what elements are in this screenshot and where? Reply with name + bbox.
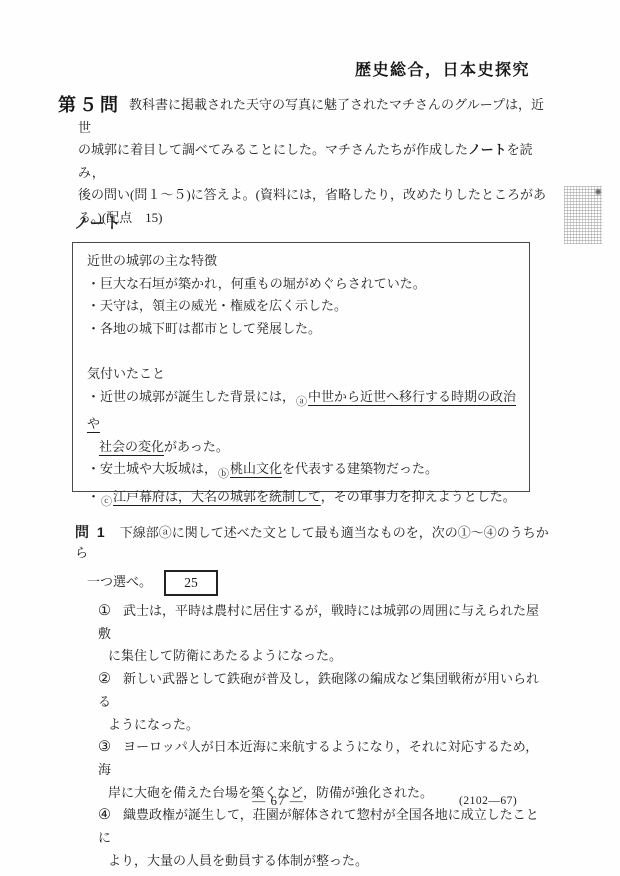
option-2-line1: ②新しい武器として鉄砲が普及し，鉄砲隊の編成など集団戦術が用いられる: [98, 668, 550, 713]
question1-prompt-cont: 一つ選べ。: [87, 574, 152, 589]
note-findings-heading: 気付いたこと: [87, 363, 519, 386]
option-2-text-cont: ようになった。: [108, 714, 550, 737]
option-4-text-cont: より，大量の人員を動員する体制が整った。: [108, 850, 550, 873]
option-1: ①武士は，平時は農村に居住するが，戦時には城郭の周囲に与えられた屋敷 に集住して…: [98, 600, 550, 668]
scan-smudge-artifact: [564, 186, 602, 244]
option-1-text-cont: に集住して防衛にあたるようになった。: [108, 645, 550, 668]
note-features-heading: 近世の城郭の主な特徴: [87, 250, 519, 273]
option-1-line1: ①武士は，平時は農村に居住するが，戦時には城郭の周囲に与えられた屋敷: [98, 600, 550, 645]
option-4: ④織豊政権が誕生して，荘園が解体されて惣村が全国各地に成立したことに より，大量…: [98, 804, 550, 872]
page-code: (2102—67): [459, 795, 517, 807]
option-2-text: 新しい武器として鉄砲が普及し，鉄砲隊の編成など集団戦術が用いられる: [98, 671, 539, 709]
option-4-line1: ④織豊政権が誕生して，荘園が解体されて惣村が全国各地に成立したことに: [98, 804, 550, 849]
note-findings-list: ・近世の城郭が誕生した背景には，ⓐ中世から近世へ移行する時期の政治や社会の変化が…: [87, 386, 519, 514]
question1-label: 問 1: [75, 524, 107, 540]
note-features-list: ・巨大な石垣が築かれ，何重もの堀がめぐらされていた。 ・天守は，領主の威光・権威…: [87, 273, 519, 341]
question1-prompt-line1: 問 1下線部ⓐに関して述べた文として最も適当なものを，次の①～④のうちから: [75, 522, 555, 561]
answer-options: ①武士は，平時は農村に居住するが，戦時には城郭の周囲に与えられた屋敷 に集住して…: [98, 600, 550, 872]
option-3-line1: ③ヨーロッパ人が日本近海に来航するようになり，それに対応するため，海: [98, 736, 550, 781]
option-4-text: 織豊政権が誕生して，荘園が解体されて惣村が全国各地に成立したことに: [98, 807, 539, 845]
question1-prompt-line2: 一つ選べ。25: [87, 570, 555, 596]
option-3-text: ヨーロッパ人が日本近海に来航するようになり，それに対応するため，海: [98, 739, 538, 777]
question1: 問 1下線部ⓐに関して述べた文として最も適当なものを，次の①～④のうちから 一つ…: [75, 522, 555, 596]
page-header: 歴史総合，日本史探究: [0, 57, 530, 80]
note-box: 近世の城郭の主な特徴 ・巨大な石垣が築かれ，何重もの堀がめぐらされていた。 ・天…: [72, 242, 530, 492]
option-1-text: 武士は，平時は農村に居住するが，戦時には城郭の周囲に与えられた屋敷: [98, 603, 539, 641]
option-2: ②新しい武器として鉄砲が普及し，鉄砲隊の編成など集団戦術が用いられる ようになっ…: [98, 668, 550, 736]
answer-number-box: 25: [164, 570, 218, 596]
option-1-number: ①: [98, 600, 115, 623]
option-3-number: ③: [98, 736, 115, 759]
question5-intro: 教科書に掲載された天守の写真に魅了されたマチさんのグループは，近世の城郭に着目し…: [78, 94, 550, 230]
question1-prompt-text: 下線部ⓐに関して述べた文として最も適当なものを，次の①～④のうちから: [75, 525, 549, 560]
note-title: ノート: [74, 212, 122, 233]
exam-page: 歴史総合，日本史探究 第５問 教科書に掲載された天守の写真に魅了されたマチさんの…: [0, 0, 620, 876]
option-2-number: ②: [98, 668, 115, 691]
